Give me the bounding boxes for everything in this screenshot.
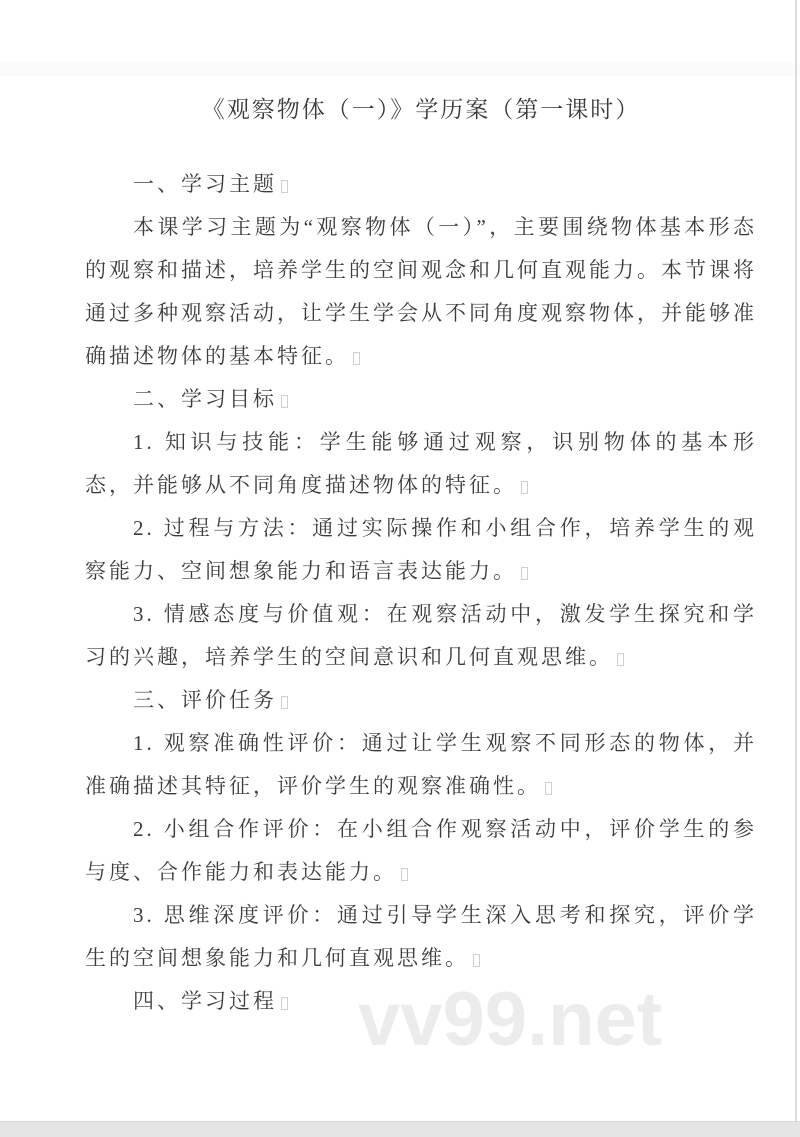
paragraph-mark-icon — [545, 782, 552, 795]
paragraph-mark-icon — [281, 395, 288, 408]
paragraph: 2. 过程与方法：通过实际操作和小组合作，培养学生的观察能力、空间想象能力和语言… — [85, 507, 757, 593]
paragraph-mark-icon — [401, 868, 408, 881]
section-heading: 二、学习目标 — [85, 378, 757, 421]
section-heading-text: 一、学习主题 — [133, 172, 277, 196]
paragraph-text: 1. 知识与技能：学生能够通过观察，识别物体的基本形态，并能够从不同角度描述物体… — [85, 430, 757, 497]
paragraph-mark-icon — [281, 696, 288, 709]
section-heading-text: 四、学习过程 — [133, 989, 277, 1013]
paragraph-mark-icon — [473, 954, 480, 967]
document-body: 《观察物体（一）》学历案（第一课时） 一、学习主题 本课学习主题为“观察物体（一… — [0, 0, 800, 1023]
section-heading-text: 二、学习目标 — [133, 387, 277, 411]
paragraph-text: 2. 过程与方法：通过实际操作和小组合作，培养学生的观察能力、空间想象能力和语言… — [85, 516, 757, 583]
page-bottom-edge — [0, 1121, 800, 1137]
paragraph: 3. 思维深度评价：通过引导学生深入思考和探究，评价学生的空间想象能力和几何直观… — [85, 894, 757, 980]
paragraph-mark-icon — [521, 567, 528, 580]
paragraph-mark-icon — [281, 997, 288, 1010]
doc-title: 《观察物体（一）》学历案（第一课时） — [85, 88, 757, 131]
paragraph-text: 本课学习主题为“观察物体（一）”，主要围绕物体基本形态的观察和描述，培养学生的空… — [85, 215, 757, 368]
section-heading: 四、学习过程 — [85, 980, 757, 1023]
paragraph-text: 2. 小组合作评价：在小组合作观察活动中，评价学生的参与度、合作能力和表达能力。 — [85, 817, 757, 884]
paragraph-mark-icon — [281, 180, 288, 193]
section-heading: 一、学习主题 — [85, 163, 757, 206]
paragraph: 1. 知识与技能：学生能够通过观察，识别物体的基本形态，并能够从不同角度描述物体… — [85, 421, 757, 507]
paragraph: 3. 情感态度与价值观：在观察活动中，激发学生探究和学习的兴趣，培养学生的空间意… — [85, 593, 757, 679]
paragraph: 1. 观察准确性评价：通过让学生观察不同形态的物体，并准确描述其特征，评价学生的… — [85, 722, 757, 808]
paragraph-text: 1. 观察准确性评价：通过让学生观察不同形态的物体，并准确描述其特征，评价学生的… — [85, 731, 757, 798]
paragraph-mark-icon — [617, 653, 624, 666]
paragraph: 本课学习主题为“观察物体（一）”，主要围绕物体基本形态的观察和描述，培养学生的空… — [85, 206, 757, 378]
paragraph: 2. 小组合作评价：在小组合作观察活动中，评价学生的参与度、合作能力和表达能力。 — [85, 808, 757, 894]
document-page: vv99.net 《观察物体（一）》学历案（第一课时） 一、学习主题 本课学习主… — [0, 0, 800, 1137]
paragraph-text: 3. 思维深度评价：通过引导学生深入思考和探究，评价学生的空间想象能力和几何直观… — [85, 903, 757, 970]
paragraph-mark-icon — [353, 352, 360, 365]
paragraph-text: 3. 情感态度与价值观：在观察活动中，激发学生探究和学习的兴趣，培养学生的空间意… — [85, 602, 757, 669]
section-heading: 三、评价任务 — [85, 679, 757, 722]
section-heading-text: 三、评价任务 — [133, 688, 277, 712]
paragraph-mark-icon — [521, 481, 528, 494]
